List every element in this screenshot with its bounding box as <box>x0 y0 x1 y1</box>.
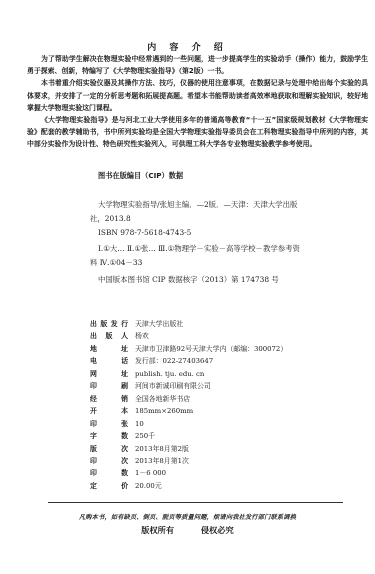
label-char: 电 <box>90 355 97 367</box>
publication-row: 定价20.00元 <box>90 480 287 492</box>
label-char: 开 <box>90 405 97 417</box>
publication-row: 版次2013年8月第2版 <box>90 443 287 455</box>
publication-value: 河间市新诚印刷有限公司 <box>135 380 211 392</box>
label-char: 张 <box>121 418 128 430</box>
publication-row: 印刷河间市新诚印刷有限公司 <box>90 380 287 392</box>
publication-row: 印次2013年8月第1次 <box>90 455 287 467</box>
label-char: 印 <box>90 418 97 430</box>
label-char: 址 <box>121 343 128 355</box>
publication-label: 电话 <box>90 355 128 367</box>
label-char: 话 <box>121 355 128 367</box>
label-char: 印 <box>90 467 97 479</box>
publication-row: 网址publish. tju. edu. cn <box>90 368 287 380</box>
label-char: 出 <box>90 318 97 330</box>
infringement-warning: 侵权必究 <box>201 525 234 535</box>
intro-section: 为了帮助学生解决在物理实验中经常遇到的一些问题，进一步提高学生的实验动手（操作）… <box>27 53 368 151</box>
cip-record: 中国版本图书馆 CIP 数据核字（2013）第 174738 号 <box>90 273 302 287</box>
cip-entry: 大学物理实验指导/张旭主编．—2版．—天津：天津大学出版社，2013.8 <box>90 198 302 226</box>
label-char: 次 <box>121 443 128 455</box>
rights-reserved: 版权所有 <box>141 525 174 535</box>
label-char: 字 <box>90 430 97 442</box>
publication-label: 印数 <box>90 467 128 479</box>
label-char: 版 <box>90 443 97 455</box>
publication-value: 发行部：022-27403647 <box>135 355 213 367</box>
publication-value: 2013年8月第2版 <box>135 443 189 455</box>
label-char: 址 <box>121 368 128 380</box>
label-char: 本 <box>121 405 128 417</box>
cip-isbn: ISBN 978-7-5618-4743-5 <box>90 226 302 240</box>
label-char: 网 <box>90 368 97 380</box>
label-char: 数 <box>121 467 128 479</box>
publication-label: 字数 <box>90 430 128 442</box>
label-char: 定 <box>90 480 97 492</box>
label-char: 印 <box>90 380 97 392</box>
publication-label: 经销 <box>90 393 128 405</box>
label-char: 出 <box>90 330 97 342</box>
publication-label: 定价 <box>90 480 128 492</box>
label-char: 销 <box>121 393 128 405</box>
quality-notice: 凡购本书，如有缺页、倒页、脱页等质量问题，烦请向我社发行部门联系调换 <box>0 512 375 521</box>
label-char: 刷 <box>121 380 128 392</box>
label-char: 版 <box>106 330 113 342</box>
publication-label: 版次 <box>90 443 128 455</box>
publication-value: 185mm×260mm <box>135 405 193 417</box>
label-char: 人 <box>121 330 128 342</box>
intro-paragraph: 为了帮助学生解决在物理实验中经常遇到的一些问题，进一步提高学生的实验动手（操作）… <box>27 53 368 77</box>
publication-value: 杨欢 <box>135 330 149 342</box>
cip-subjects: Ⅰ.①大… Ⅱ.①张… Ⅲ.①物理学－实验－高等学校－教学参考资料 Ⅳ.①04－… <box>90 242 302 270</box>
label-char: 价 <box>121 480 128 492</box>
publication-row: 开本185mm×260mm <box>90 405 287 417</box>
divider-line <box>48 502 343 503</box>
publication-label: 地址 <box>90 343 128 355</box>
label-char: 印 <box>90 455 97 467</box>
publication-row: 经销全国各地新华书店 <box>90 393 287 405</box>
label-char: 经 <box>90 393 97 405</box>
intro-title: 内 容 介 绍 <box>0 40 375 53</box>
publication-value: 天津大学出版社 <box>135 318 183 330</box>
publication-info: 出版发行天津大学出版社出版人杨欢地址天津市卫津路92号天津大学内（邮编：3000… <box>90 318 287 492</box>
publication-value: 10 <box>135 418 144 430</box>
publication-row: 字数250千 <box>90 430 287 442</box>
label-char: 行 <box>121 318 128 330</box>
publication-value: publish. tju. edu. cn <box>135 368 204 380</box>
label-char: 次 <box>121 455 128 467</box>
publication-label: 出版人 <box>90 330 128 342</box>
copyright-line: 版权所有 侵权必究 <box>0 525 375 536</box>
publication-value: 天津市卫津路92号天津大学内（邮编：300072） <box>135 343 287 355</box>
label-char: 地 <box>90 343 97 355</box>
publication-label: 印刷 <box>90 380 128 392</box>
publication-label: 印次 <box>90 455 128 467</box>
publication-value: 2013年8月第1次 <box>135 455 189 467</box>
publication-value: 20.00元 <box>135 480 162 492</box>
intro-paragraph: 本书着重介绍实验仪器及其操作方法、技巧，仪器的使用注意事项，在数据记录与处理中给… <box>27 77 368 114</box>
publication-row: 出版发行天津大学出版社 <box>90 318 287 330</box>
publication-row: 出版人杨欢 <box>90 330 287 342</box>
publication-label: 开本 <box>90 405 128 417</box>
cip-title: 图书在版编目（CIP）数据 <box>98 171 183 181</box>
publication-row: 地址天津市卫津路92号天津大学内（邮编：300072） <box>90 343 287 355</box>
label-char: 发 <box>111 318 118 330</box>
publication-label: 印张 <box>90 418 128 430</box>
publication-row: 电话发行部：022-27403647 <box>90 355 287 367</box>
publication-value: 250千 <box>135 430 155 442</box>
label-char: 版 <box>100 318 107 330</box>
publication-label: 网址 <box>90 368 128 380</box>
publication-row: 印张10 <box>90 418 287 430</box>
intro-paragraph: 《大学物理实验指导》是与河北工业大学使用多年的普通高等教育“十一五”国家级规划教… <box>27 114 368 151</box>
label-char: 数 <box>121 430 128 442</box>
cip-section: 大学物理实验指导/张旭主编．—2版．—天津：天津大学出版社，2013.8 ISB… <box>90 198 302 287</box>
publication-label: 出版发行 <box>90 318 128 330</box>
publication-row: 印数1－6 000 <box>90 467 287 479</box>
publication-value: 1－6 000 <box>135 467 166 479</box>
publication-value: 全国各地新华书店 <box>135 393 190 405</box>
